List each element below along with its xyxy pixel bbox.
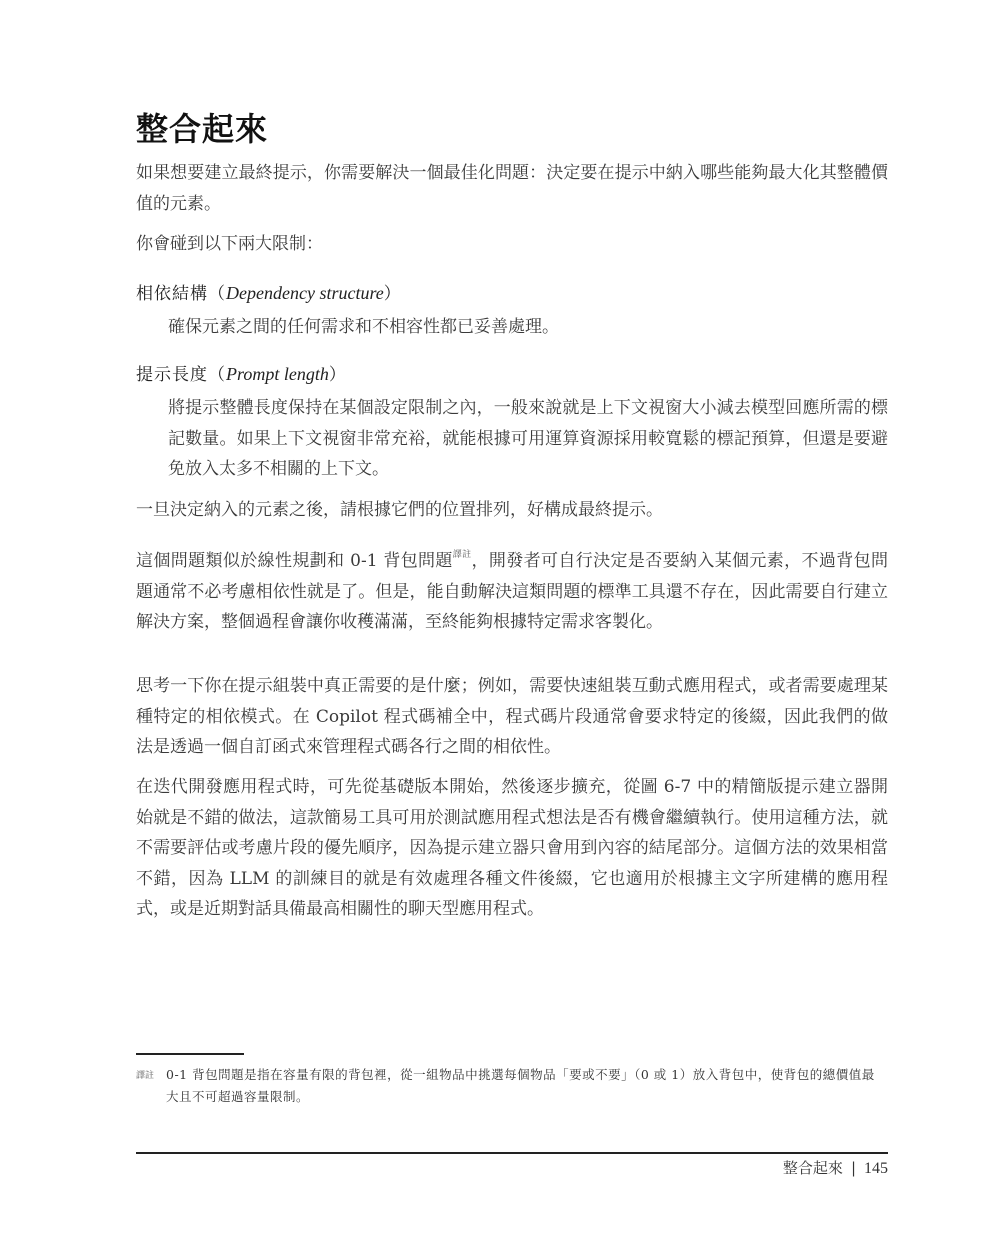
knapsack-text-before: 這個問題類似於線性規劃和 0-1 背包問題 xyxy=(136,551,453,571)
term-en: Prompt length xyxy=(226,364,329,384)
term-close: ） xyxy=(384,284,402,304)
term-prompt-length: 提示長度（Prompt length） xyxy=(136,360,347,385)
footer-section-title: 整合起來 xyxy=(783,1159,843,1177)
footnote-mark: 譯註 xyxy=(136,1068,154,1081)
iterative-paragraph: 在迭代開發應用程式時，可先從基礎版本開始，然後逐步擴充，從圖 6-7 中的精簡版… xyxy=(136,772,888,925)
term-close: ） xyxy=(329,365,347,385)
term-dependency-structure: 相依結構（Dependency structure） xyxy=(136,279,402,304)
constraints-intro: 你會碰到以下兩大限制： xyxy=(136,229,888,260)
assembly-paragraph: 思考一下你在提示組裝中真正需要的是什麼；例如，需要快速組裝互動式應用程式，或者需… xyxy=(136,671,888,763)
page-footer: 整合起來|145 xyxy=(783,1157,888,1178)
term-description-prompt-length: 將提示整體長度保持在某個設定限制之內，一般來說就是上下文視窗大小減去模型回應所需… xyxy=(168,393,888,485)
term-zh: 提示長度（ xyxy=(136,365,226,385)
footnote-divider xyxy=(136,1053,244,1055)
knapsack-paragraph: 這個問題類似於線性規劃和 0-1 背包問題譯註，開發者可自行決定是否要納入某個元… xyxy=(136,540,888,638)
term-description-dependency: 確保元素之間的任何需求和不相容性都已妥善處理。 xyxy=(168,312,888,343)
footnote-text: 0-1 背包問題是指在容量有限的背包裡，從一組物品中挑選每個物品「要或不要」（0… xyxy=(166,1064,886,1108)
page-title: 整合起來 xyxy=(136,104,268,150)
term-en: Dependency structure xyxy=(226,283,384,303)
translator-note-marker[interactable]: 譯註 xyxy=(453,550,472,560)
intro-paragraph: 如果想要建立最終提示，你需要解決一個最佳化問題：決定要在提示中納入哪些能夠最大化… xyxy=(136,158,888,219)
arrange-paragraph: 一旦決定納入的元素之後，請根據它們的位置排列，好構成最終提示。 xyxy=(136,495,888,526)
footer-separator: | xyxy=(851,1159,856,1177)
term-zh: 相依結構（ xyxy=(136,284,226,304)
footer-divider xyxy=(136,1152,888,1154)
page-number: 145 xyxy=(864,1160,888,1177)
